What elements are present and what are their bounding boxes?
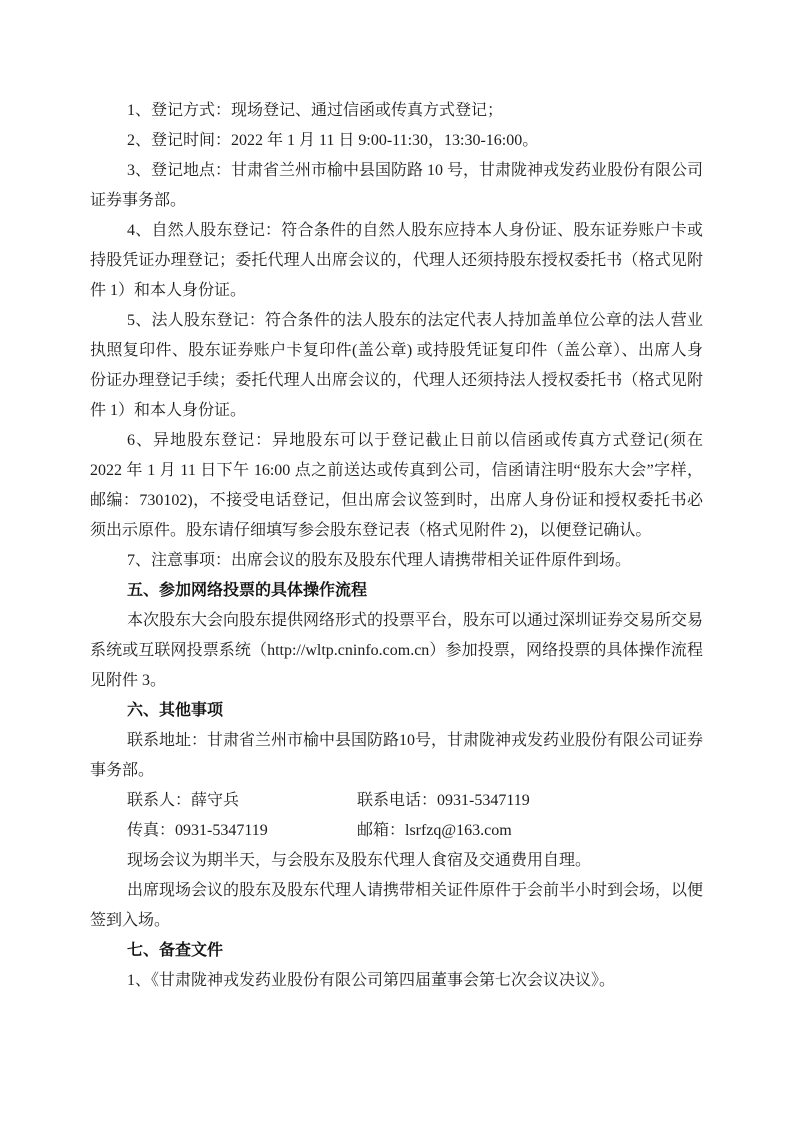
contact-person: 联系人：薛守兵 [127,786,357,816]
other-matters-section-heading: 六、其他事项 [90,696,703,726]
contact-row-person-phone: 联系人：薛守兵 联系电话：0931-5347119 [90,786,703,816]
reference-documents-section-heading: 七、备查文件 [90,936,703,966]
registration-time-item: 2、登记时间：2022 年 1 月 11 日 9:00-11:30，13:30-… [90,126,703,156]
legal-person-registration-item: 5、法人股东登记：符合条件的法人股东的法定代表人持加盖单位公章的法人营业执照复印… [90,306,703,426]
remote-registration-item: 6、异地股东登记：异地股东可以于登记截止日前以信函或传真方式登记(须在 2022… [90,426,703,546]
reference-document-item: 1、《甘肃陇神戎发药业股份有限公司第四届董事会第七次会议决议》。 [90,966,703,996]
online-voting-body: 本次股东大会向股东提供网络形式的投票平台，股东可以通过深圳证券交易所交易系统或互… [90,606,703,696]
document-page: 1、登记方式：现场登记、通过信函或传真方式登记； 2、登记时间：2022 年 1… [0,0,793,1122]
contact-phone: 联系电话：0931-5347119 [357,786,703,816]
meeting-duration-note: 现场会议为期半天，与会股东及股东代理人食宿及交通费用自理。 [90,846,703,876]
registration-location-item: 3、登记地点：甘肃省兰州市榆中县国防路 10 号，甘肃陇神戎发药业股份有限公司证… [90,156,703,216]
natural-person-registration-item: 4、自然人股东登记：符合条件的自然人股东应持本人身份证、股东证券账户卡或持股凭证… [90,216,703,306]
contact-row-fax-email: 传真：0931-5347119 邮箱：lsrfzq@163.com [90,816,703,846]
contact-fax: 传真：0931-5347119 [127,816,357,846]
contact-email: 邮箱：lsrfzq@163.com [357,816,703,846]
online-voting-section-heading: 五、参加网络投票的具体操作流程 [90,576,703,606]
contact-address: 联系地址：甘肃省兰州市榆中县国防路10号，甘肃陇神戎发药业股份有限公司证券事务部… [90,726,703,786]
registration-notes-item: 7、注意事项：出席会议的股东及股东代理人请携带相关证件原件到场。 [90,546,703,576]
arrival-note: 出席现场会议的股东及股东代理人请携带相关证件原件于会前半小时到会场，以便签到入场… [90,876,703,936]
registration-method-item: 1、登记方式：现场登记、通过信函或传真方式登记； [90,96,703,126]
